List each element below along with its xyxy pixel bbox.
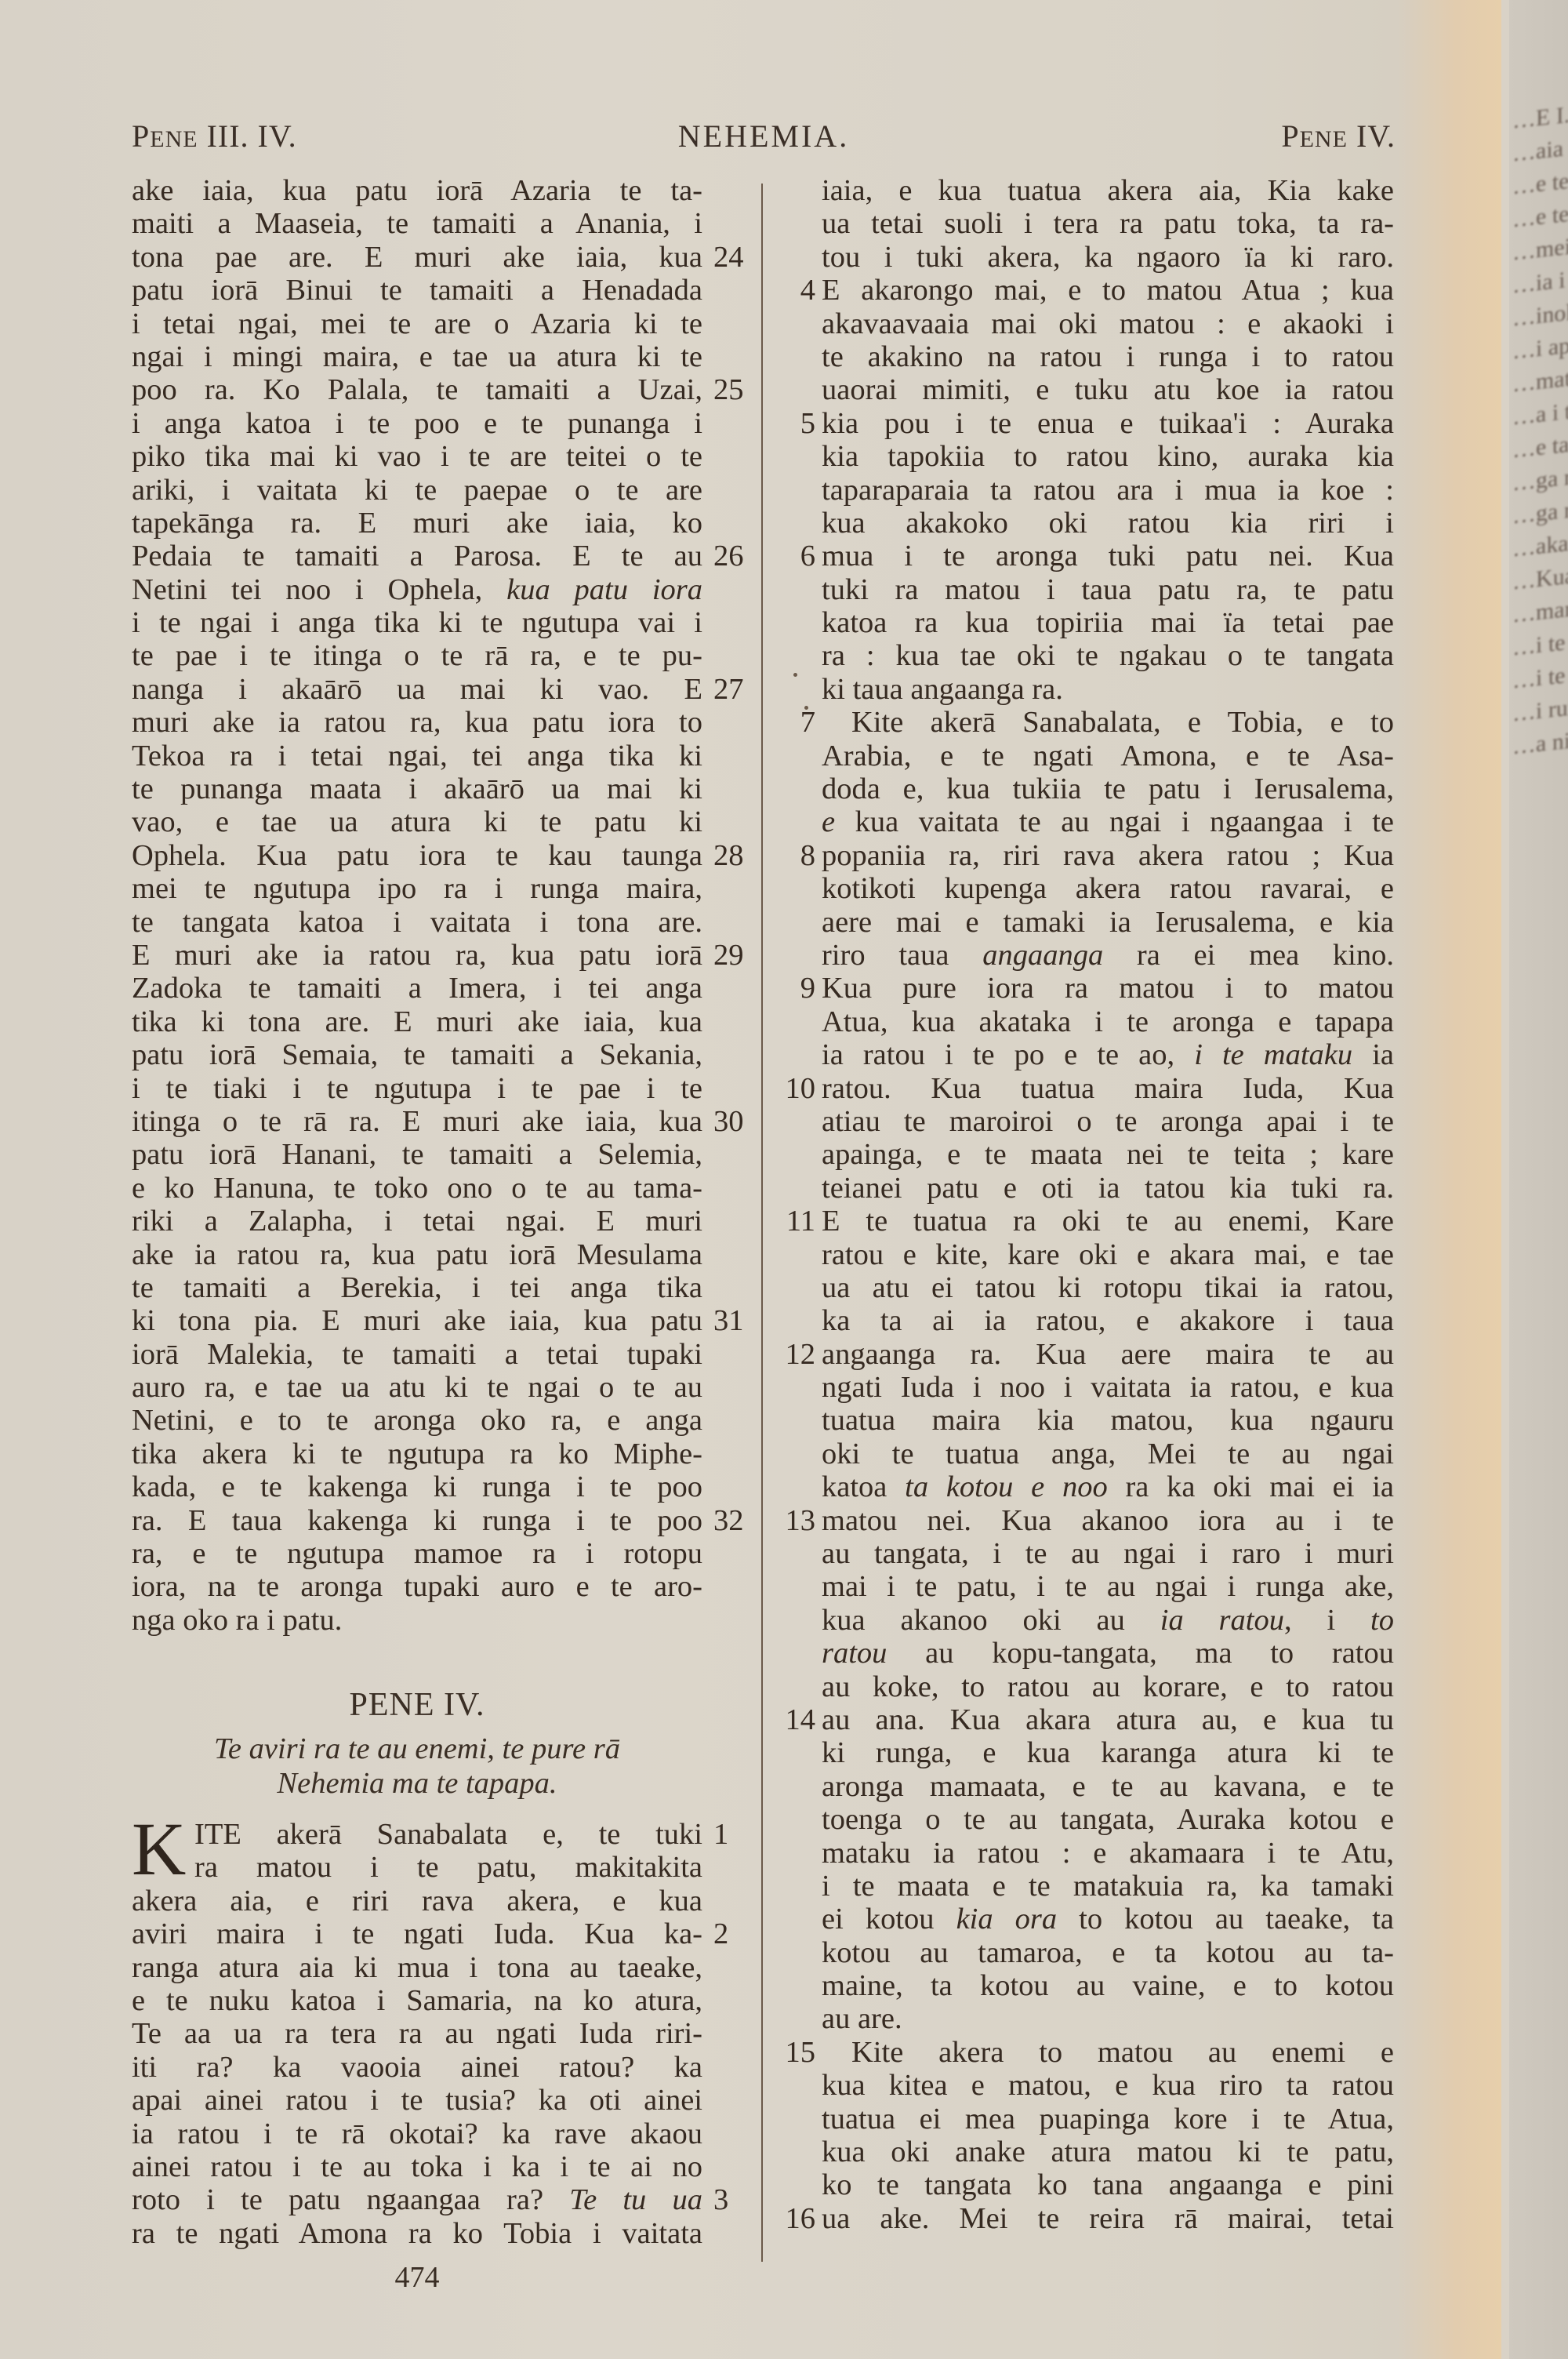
line-text: au are. <box>822 2002 1394 2035</box>
verse-number: 32 <box>713 1504 744 1537</box>
line-text: kua akakoko oki ratou kia riri i <box>822 507 1394 540</box>
line-text: riki a Zalapha, i tetai ngai. E muri <box>132 1205 702 1238</box>
text-line: ra, e te ngutupa mamoe ra i rotopu <box>132 1537 753 1570</box>
text-line: nanga i akaārō ua mai ki vao. E27 <box>132 673 753 706</box>
line-text: Netini tei noo i Ophela, kua patu iora <box>132 573 702 606</box>
text-line: ra matou i te patu, makitakita <box>132 1851 753 1884</box>
line-text: aronga mamaata, e te au kavana, e te <box>822 1770 1394 1803</box>
line-text: te tangata katoa i vaitata i tona are. <box>132 906 702 939</box>
text-line: iorā Malekia, te tamaiti a tetai tupaki <box>132 1338 753 1371</box>
text-line: iti ra? ka vaooia ainei ratou? ka <box>132 2051 753 2084</box>
line-text: ia ratou i te po e te ao, i te mataku ia <box>822 1038 1394 1071</box>
text-line: piko tika mai ki vao i te are teitei o t… <box>132 440 753 473</box>
line-text: ki tona pia. E muri ake iaia, kua patu <box>132 1304 702 1337</box>
text-line: mataku ia ratou : e akamaara i te Atu, <box>776 1837 1403 1870</box>
line-text: popaniia ra, riri rava akera ratou ; Kua <box>822 839 1394 872</box>
line-text: kotikoti kupenga akera ratou ravarai, e <box>822 872 1394 905</box>
text-line: 14au ana. Kua akara atura au, e kua tu <box>776 1703 1403 1736</box>
verse-number: 1 <box>713 1818 728 1851</box>
text-line: ariki, i vaitata ki te paepae o te are <box>132 474 753 507</box>
text-line: Ophela. Kua patu iora te kau taunga28 <box>132 839 753 872</box>
text-line: kua oki anake atura matou ki te patu, <box>776 2135 1403 2168</box>
text-line: vao, e tae ua atura ki te patu ki <box>132 805 753 838</box>
text-line: Netini tei noo i Ophela, kua patu iora <box>132 573 753 606</box>
chapter-iv-text: ITE akerā Sanabalata e, te tuki1ra matou… <box>132 1818 753 2250</box>
text-line: aronga mamaata, e te au kavana, e te <box>776 1770 1403 1803</box>
line-text: Zadoka te tamaiti a Imera, i tei anga <box>132 972 702 1005</box>
text-line: ITE akerā Sanabalata e, te tuki1 <box>132 1818 753 1851</box>
page-number: 474 <box>132 2260 702 2295</box>
text-line: Netini, e to te aronga oko ra, e anga <box>132 1404 753 1437</box>
text-line: e kua vaitata te au ngai i ngaangaa i te <box>776 805 1403 838</box>
verse-number: 31 <box>713 1304 744 1337</box>
text-line: apai ainei ratou i te tusia? ka oti aine… <box>132 2084 753 2117</box>
verse-number: 30 <box>713 1105 744 1138</box>
text-line: te akakino na ratou i runga i to ratou <box>776 340 1403 373</box>
line-text: ratou e kite, kare oki e akara mai, e ta… <box>822 1238 1394 1271</box>
text-line: ei kotou kia ora to kotou au taeake, ta <box>776 1903 1403 1936</box>
line-text: katoa ra kua topiriia mai ïa tetai pae <box>822 606 1394 639</box>
line-text: Kite akera to matou au enemi e <box>822 2036 1394 2069</box>
line-text: te akakino na ratou i runga i to ratou <box>822 340 1394 373</box>
text-line: i te ngai i anga tika ki te ngutupa vai … <box>132 606 753 639</box>
line-text: ranga atura aia ki mua i tona au taeake, <box>132 1951 702 1984</box>
text-line: te punanga maata i akaārō ua mai ki <box>132 772 753 805</box>
text-line: ratou e kite, kare oki e akara mai, e ta… <box>776 1238 1403 1271</box>
line-text: kada, e te kakenga ki runga i te poo <box>132 1470 702 1503</box>
line-text: ra te ngati Amona ra ko Tobia i vaitata <box>132 2217 702 2250</box>
line-text: ko te tangata ko tana angaanga e pini <box>822 2168 1394 2201</box>
line-text: ra, e te ngutupa mamoe ra i rotopu <box>132 1537 702 1570</box>
text-line: roto i te patu ngaangaa ra? Te tu ua3 <box>132 2183 753 2216</box>
text-line: 7Kite akerā Sanabalata, e Tobia, e to <box>776 706 1403 739</box>
verse-number: 8 <box>776 839 815 872</box>
line-text: ake iaia, kua patu iorā Azaria te ta- <box>132 174 702 207</box>
line-text: poo ra. Ko Palala, te tamaiti a Uzai, <box>132 373 702 406</box>
text-line: tuatua ei mea puapinga kore i te Atua, <box>776 2103 1403 2135</box>
line-text: i te tiaki i te ngutupa i te pae i te <box>132 1072 702 1105</box>
column-divider <box>761 184 763 2262</box>
line-text: riro taua angaanga ra ei mea kino. <box>822 939 1394 972</box>
text-line: 16ua ake. Mei te reira rā mairai, tetai <box>776 2202 1403 2235</box>
text-line: ra te ngati Amona ra ko Tobia i vaitata <box>132 2217 753 2250</box>
line-text: ra matou i te patu, makitakita <box>194 1851 702 1884</box>
line-text: teianei patu e oti ia tatou kia tuki ra. <box>822 1172 1394 1205</box>
line-text: taparaparaia ta ratou ara i mua ia koe : <box>822 474 1394 507</box>
line-text: kua kitea e matou, e kua riro ta ratou <box>822 2069 1394 2102</box>
text-line: ka ta ai ia ratou, e akakore i taua <box>776 1304 1403 1337</box>
line-text: mataku ia ratou : e akamaara i te Atu, <box>822 1837 1394 1870</box>
text-line: kotou au tamaroa, e ta kotou au ta- <box>776 1936 1403 1969</box>
verse-number: 28 <box>713 839 744 872</box>
text-line: patu iorā Semaia, te tamaiti a Sekania, <box>132 1038 753 1071</box>
line-text: Arabia, e te ngati Amona, e te Asa- <box>822 740 1394 772</box>
text-line: taparaparaia ta ratou ara i mua ia koe : <box>776 474 1403 507</box>
line-text: roto i te patu ngaangaa ra? Te tu ua <box>132 2183 702 2216</box>
line-text: ratou. Kua tuatua maira Iuda, Kua <box>822 1072 1394 1105</box>
line-text: ua ake. Mei te reira rā mairai, tetai <box>822 2202 1394 2235</box>
text-line: aere mai e tamaki ia Ierusalema, e kia <box>776 906 1403 939</box>
line-text: oki te tuatua anga, Mei te au ngai <box>822 1438 1394 1470</box>
verse-number: 5 <box>776 407 815 440</box>
line-text: Ophela. Kua patu iora te kau taunga <box>132 839 702 872</box>
line-text: iaia, e kua tuatua akera aia, Kia kake <box>822 174 1394 207</box>
text-line: patu iorā Binui te tamaiti a Henadada <box>132 274 753 307</box>
line-text: tika akera ki te ngutupa ra ko Miphe- <box>132 1438 702 1470</box>
line-text: i te ngai i anga tika ki te ngutupa vai … <box>132 606 702 639</box>
text-line: teianei patu e oti ia tatou kia tuki ra. <box>776 1172 1403 1205</box>
text-line: ia ratou i te po e te ao, i te mataku ia <box>776 1038 1403 1071</box>
line-text: toenga o te au tangata, Auraka kotou e <box>822 1803 1394 1836</box>
line-text: itinga o te rā ra. E muri ake iaia, kua <box>132 1105 702 1138</box>
verse-number: 9 <box>776 972 815 1005</box>
line-text: nanga i akaārō ua mai ki vao. E <box>132 673 702 706</box>
line-text: E muri ake ia ratou ra, kua patu iorā <box>132 939 702 972</box>
left-column: ake iaia, kua patu iorā Azaria te ta-mai… <box>132 174 753 1637</box>
text-line: katoa ra kua topiriia mai ïa tetai pae <box>776 606 1403 639</box>
verse-number: 2 <box>713 1917 728 1950</box>
line-text: e kua vaitata te au ngai i ngaangaa i te <box>822 805 1394 838</box>
line-text: atiau te maroiroi o te aronga apai i te <box>822 1105 1394 1138</box>
line-text: Pedaia te tamaiti a Parosa. E te au <box>132 540 702 572</box>
line-text: ka ta ai ia ratou, e akakore i taua <box>822 1304 1394 1337</box>
text-line: mei te ngutupa ipo ra i runga maira, <box>132 872 753 905</box>
line-text: Netini, e to te aronga oko ra, e anga <box>132 1404 702 1437</box>
line-text: ra. E taua kakenga ki runga i te poo <box>132 1504 702 1537</box>
text-line: tuatua maira kia matou, kua ngauru <box>776 1404 1403 1437</box>
line-text: akavaavaaia mai oki matou : e akaoki i <box>822 307 1394 340</box>
text-line: akavaavaaia mai oki matou : e akaoki i <box>776 307 1403 340</box>
text-line: e ko Hanuna, te toko ono o te au tama- <box>132 1172 753 1205</box>
line-text: vao, e tae ua atura ki te patu ki <box>132 805 702 838</box>
text-line: 13matou nei. Kua akanoo iora au i te <box>776 1504 1403 1537</box>
verse-number: 25 <box>713 373 744 406</box>
running-head-right: PENE IV. <box>1281 118 1396 154</box>
book-title: NEHEMIA. <box>132 118 1396 154</box>
text-line: au koke, to ratou au korare, e to ratou <box>776 1670 1403 1703</box>
next-page-edge: …E I.…aia ra i te…e tetai pae…e te au pa… <box>1509 0 1568 2359</box>
text-line: ngati Iuda i noo i vaitata ia ratou, e k… <box>776 1371 1403 1404</box>
line-text: kia tapokiia to ratou kino, auraka kia <box>822 440 1394 473</box>
text-line: iora, na te aronga tupaki auro e te aro- <box>132 1570 753 1603</box>
text-line: 10ratou. Kua tuatua maira Iuda, Kua <box>776 1072 1403 1105</box>
text-line: Arabia, e te ngati Amona, e te Asa- <box>776 740 1403 772</box>
text-line: toenga o te au tangata, Auraka kotou e <box>776 1803 1403 1836</box>
line-text: ei kotou kia ora to kotou au taeake, ta <box>822 1903 1394 1936</box>
verse-number: 10 <box>776 1072 815 1105</box>
text-line: E muri ake ia ratou ra, kua patu iorā29 <box>132 939 753 972</box>
line-text: i tetai ngai, mei te are o Azaria ki te <box>132 307 702 340</box>
text-line: 9Kua pure iora ra matou i to matou <box>776 972 1403 1005</box>
text-line: 5kia pou i te enua e tuikaa'i : Auraka <box>776 407 1403 440</box>
line-text: ki runga, e kua karanga atura ki te <box>822 1736 1394 1769</box>
next-page-ghost-text: …E I.…aia ra i te…e tetai pae…e te au pa… <box>1509 0 1568 764</box>
line-text: e te nuku katoa i Samaria, na ko atura, <box>132 1984 702 2017</box>
text-line: i tetai ngai, mei te are o Azaria ki te <box>132 307 753 340</box>
verse-number: 26 <box>713 540 744 572</box>
text-line: Te aa ua ra tera ra au ngati Iuda riri- <box>132 2017 753 2050</box>
line-text: Te aa ua ra tera ra au ngati Iuda riri- <box>132 2017 702 2050</box>
text-line: atiau te maroiroi o te aronga apai i te <box>776 1105 1403 1138</box>
text-line: kua akanoo oki au ia ratou, i to <box>776 1604 1403 1637</box>
line-text: maine, ta kotou au vaine, e to kotou <box>822 1969 1394 2002</box>
line-text: tapekānga ra. E muri ake iaia, ko <box>132 507 702 540</box>
line-text: ngai i mingi maira, e tae ua atura ki te <box>132 340 702 373</box>
text-line: i te maata e te matakuia ra, ka tamaki <box>776 1870 1403 1903</box>
line-text: e ko Hanuna, te toko ono o te au tama- <box>132 1172 702 1205</box>
line-text: apainga, e te maata nei te teita ; kare <box>822 1138 1394 1171</box>
line-text: i anga katoa i te poo e te punanga i <box>132 407 702 440</box>
line-text: Tekoa ra i tetai ngai, tei anga tika ki <box>132 740 702 772</box>
line-text: aviri maira i te ngati Iuda. Kua ka- <box>132 1917 702 1950</box>
verse-number: 16 <box>776 2202 815 2235</box>
verse-number: 15 <box>776 2036 815 2069</box>
text-line: e te nuku katoa i Samaria, na ko atura, <box>132 1984 753 2017</box>
text-line: 11E te tuatua ra oki te au enemi, Kare <box>776 1205 1403 1238</box>
line-text: uaorai mimiti, e tuku atu koe ia ratou <box>822 373 1394 406</box>
text-line: mai i te patu, i te au ngai i runga ake, <box>776 1570 1403 1603</box>
verse-number: 7 <box>776 706 815 739</box>
verse-number: 6 <box>776 540 815 572</box>
line-text: tou i tuki akera, ka ngaoro ïa ki raro. <box>822 241 1394 274</box>
text-line: ra. E taua kakenga ki runga i te poo32 <box>132 1504 753 1537</box>
text-line: ake iaia, kua patu iorā Azaria te ta- <box>132 174 753 207</box>
text-line: auro ra, e tae ua atu ki te ngai o te au <box>132 1371 753 1404</box>
line-text: ITE akerā Sanabalata e, te tuki <box>194 1818 702 1851</box>
text-line: Tekoa ra i tetai ngai, tei anga tika ki <box>132 740 753 772</box>
line-text: iti ra? ka vaooia ainei ratou? ka <box>132 2051 702 2084</box>
text-line: te tamaiti a Berekia, i tei anga tika <box>132 1271 753 1304</box>
line-text: E akarongo mai, e to matou Atua ; kua <box>822 274 1394 307</box>
line-text: kua oki anake atura matou ki te patu, <box>822 2135 1394 2168</box>
text-line: ki runga, e kua karanga atura ki te <box>776 1736 1403 1769</box>
text-line: tapekānga ra. E muri ake iaia, ko <box>132 507 753 540</box>
line-text: kua akanoo oki au ia ratou, i to <box>822 1604 1394 1637</box>
text-line: 8popaniia ra, riri rava akera ratou ; Ku… <box>776 839 1403 872</box>
line-text: au tangata, i te au ngai i raro i muri <box>822 1537 1394 1570</box>
verse-number: 3 <box>713 2183 728 2216</box>
text-line: 12angaanga ra. Kua aere maira te au <box>776 1338 1403 1371</box>
text-line: tou i tuki akera, ka ngaoro ïa ki raro. <box>776 241 1403 274</box>
text-line: poo ra. Ko Palala, te tamaiti a Uzai,25 <box>132 373 753 406</box>
line-text: ratou au kopu-tangata, ma to ratou <box>822 1637 1394 1670</box>
text-line: Atua, kua akataka i te aronga e tapapa <box>776 1005 1403 1038</box>
line-text: te tamaiti a Berekia, i tei anga tika <box>132 1271 702 1304</box>
line-text: angaanga ra. Kua aere maira te au <box>822 1338 1394 1371</box>
line-text: E te tuatua ra oki te au enemi, Kare <box>822 1205 1394 1238</box>
text-line: au tangata, i te au ngai i raro i muri <box>776 1537 1403 1570</box>
line-text: mua i te aronga tuki patu nei. Kua <box>822 540 1394 572</box>
right-column: iaia, e kua tuatua akera aia, Kia kakeua… <box>776 174 1403 2235</box>
text-line: tika ki tona are. E muri ake iaia, kua <box>132 1005 753 1038</box>
text-line: ratou au kopu-tangata, ma to ratou <box>776 1637 1403 1670</box>
text-line: i te tiaki i te ngutupa i te pae i te <box>132 1072 753 1105</box>
text-line: ko te tangata ko tana angaanga e pini <box>776 2168 1403 2201</box>
line-text: mai i te patu, i te au ngai i runga ake, <box>822 1570 1394 1603</box>
line-text: ua tetai suoli i tera ra patu toka, ta r… <box>822 207 1394 240</box>
chapter-heading: PENE IV. <box>132 1686 702 1724</box>
text-line: kotikoti kupenga akera ratou ravarai, e <box>776 872 1403 905</box>
text-line: patu iorā Hanani, te tamaiti a Selemia, <box>132 1138 753 1171</box>
text-line: tona pae are. E muri ake iaia, kua24 <box>132 241 753 274</box>
verse-number: 24 <box>713 241 744 274</box>
line-text: mei te ngutupa ipo ra i runga maira, <box>132 872 702 905</box>
verse-number: 14 <box>776 1703 815 1736</box>
text-line: ra : kua tae oki te ngakau o te tangata <box>776 639 1403 672</box>
text-line: ranga atura aia ki mua i tona au taeake, <box>132 1951 753 1984</box>
line-text: nga oko ra i patu. <box>132 1604 702 1637</box>
text-line: nga oko ra i patu. <box>132 1604 753 1637</box>
line-text: patu iorā Hanani, te tamaiti a Selemia, <box>132 1138 702 1171</box>
line-text: tuatua ei mea puapinga kore i te Atua, <box>822 2103 1394 2135</box>
line-text: doda e, kua tukiia te patu i Ierusalema, <box>822 772 1394 805</box>
verse-number: 11 <box>776 1205 815 1238</box>
text-line: itinga o te rā ra. E muri ake iaia, kua3… <box>132 1105 753 1138</box>
running-head: PENE III. IV. NEHEMIA. PENE IV. <box>132 118 1396 165</box>
verse-number: 4 <box>776 274 815 307</box>
text-line: kua akakoko oki ratou kia riri i <box>776 507 1403 540</box>
text-line: tika akera ki te ngutupa ra ko Miphe- <box>132 1438 753 1470</box>
line-text: ainei ratou i te au toka i ka i te ai no <box>132 2150 702 2183</box>
text-line: ake ia ratou ra, kua patu iorā Mesulama <box>132 1238 753 1271</box>
line-text: aere mai e tamaki ia Ierusalema, e kia <box>822 906 1394 939</box>
line-text: ake ia ratou ra, kua patu iorā Mesulama <box>132 1238 702 1271</box>
text-line: tuki ra matou i taua patu ra, te patu <box>776 573 1403 606</box>
text-line: te pae i te itinga o te rā ra, e te pu- <box>132 639 753 672</box>
verse-number: 13 <box>776 1504 815 1537</box>
text-line: iaia, e kua tuatua akera aia, Kia kake <box>776 174 1403 207</box>
text-line: 6mua i te aronga tuki patu nei. Kua <box>776 540 1403 572</box>
text-line: uaorai mimiti, e tuku atu koe ia ratou <box>776 373 1403 406</box>
verse-number: 12 <box>776 1338 815 1371</box>
line-text: Kite akerā Sanabalata, e Tobia, e to <box>822 706 1394 739</box>
line-text: tika ki tona are. E muri ake iaia, kua <box>132 1005 702 1038</box>
line-text: iora, na te aronga tupaki auro e te aro- <box>132 1570 702 1603</box>
line-text: ia ratou i te rā okotai? ka rave akaou <box>132 2117 702 2150</box>
line-text: ngati Iuda i noo i vaitata ia ratou, e k… <box>822 1371 1394 1404</box>
text-line: ki tona pia. E muri ake iaia, kua patu31 <box>132 1304 753 1337</box>
line-text: ki taua angaanga ra. <box>822 673 1394 706</box>
ghost-line: …a ni tetai e <box>1512 725 1568 763</box>
line-text: apai ainei ratou i te tusia? ka oti aine… <box>132 2084 702 2117</box>
text-line: ua atu ei tatou ki rotopu tikai ia ratou… <box>776 1271 1403 1304</box>
line-text: kotou au tamaroa, e ta kotou au ta- <box>822 1936 1394 1969</box>
line-text: ariki, i vaitata ki te paepae o te are <box>132 474 702 507</box>
text-line: riki a Zalapha, i tetai ngai. E muri <box>132 1205 753 1238</box>
text-line: ngai i mingi maira, e tae ua atura ki te <box>132 340 753 373</box>
text-line: ia ratou i te rā okotai? ka rave akaou <box>132 2117 753 2150</box>
line-text: piko tika mai ki vao i te are teitei o t… <box>132 440 702 473</box>
book-page: PENE III. IV. NEHEMIA. PENE IV. ake iaia… <box>0 0 1501 2359</box>
line-text: au koke, to ratou au korare, e to ratou <box>822 1670 1394 1703</box>
line-text: Atua, kua akataka i te aronga e tapapa <box>822 1005 1394 1038</box>
text-line: oki te tuatua anga, Mei te au ngai <box>776 1438 1403 1470</box>
line-text: ra : kua tae oki te ngakau o te tangata <box>822 639 1394 672</box>
line-text: te punanga maata i akaārō ua mai ki <box>132 772 702 805</box>
line-text: muri ake ia ratou ra, kua patu iora to <box>132 706 702 739</box>
margin-mark <box>804 706 808 710</box>
text-line: au are. <box>776 2002 1403 2035</box>
text-line: muri ake ia ratou ra, kua patu iora to <box>132 706 753 739</box>
text-line: kua kitea e matou, e kua riro ta ratou <box>776 2069 1403 2102</box>
line-text: tuatua maira kia matou, kua ngauru <box>822 1404 1394 1437</box>
text-line: ua tetai suoli i tera ra patu toka, ta r… <box>776 207 1403 240</box>
text-line: aviri maira i te ngati Iuda. Kua ka-2 <box>132 1917 753 1950</box>
line-text: kia pou i te enua e tuikaa'i : Auraka <box>822 407 1394 440</box>
chapter-summary: Te aviri ra te au enemi, te pure rā Nehe… <box>132 1732 702 1801</box>
line-text: tona pae are. E muri ake iaia, kua <box>132 241 702 274</box>
text-line: i anga katoa i te poo e te punanga i <box>132 407 753 440</box>
text-line: maine, ta kotou au vaine, e to kotou <box>776 1969 1403 2002</box>
line-text: au ana. Kua akara atura au, e kua tu <box>822 1703 1394 1736</box>
line-text: maiti a Maaseia, te tamaiti a Anania, i <box>132 207 702 240</box>
line-text: ua atu ei tatou ki rotopu tikai ia ratou… <box>822 1271 1394 1304</box>
margin-mark <box>793 673 797 677</box>
line-text: tuki ra matou i taua patu ra, te patu <box>822 573 1394 606</box>
line-text: patu iorā Binui te tamaiti a Henadada <box>132 274 702 307</box>
line-text: Kua pure iora ra matou i to matou <box>822 972 1394 1005</box>
text-line: ainei ratou i te au toka i ka i te ai no <box>132 2150 753 2183</box>
text-line: apainga, e te maata nei te teita ; kare <box>776 1138 1403 1171</box>
text-line: katoa ta kotou e noo ra ka oki mai ei ia <box>776 1470 1403 1503</box>
text-line: riro taua angaanga ra ei mea kino. <box>776 939 1403 972</box>
line-text: iorā Malekia, te tamaiti a tetai tupaki <box>132 1338 702 1371</box>
text-line: ki taua angaanga ra. <box>776 673 1403 706</box>
text-line: kia tapokiia to ratou kino, auraka kia <box>776 440 1403 473</box>
text-line: Zadoka te tamaiti a Imera, i tei anga <box>132 972 753 1005</box>
text-line: doda e, kua tukiia te patu i Ierusalema, <box>776 772 1403 805</box>
line-text: katoa ta kotou e noo ra ka oki mai ei ia <box>822 1470 1394 1503</box>
text-line: maiti a Maaseia, te tamaiti a Anania, i <box>132 207 753 240</box>
line-text: te pae i te itinga o te rā ra, e te pu- <box>132 639 702 672</box>
text-line: akera aia, e riri rava akera, e kua <box>132 1885 753 1917</box>
verse-number: 29 <box>713 939 744 972</box>
line-text: matou nei. Kua akanoo iora au i te <box>822 1504 1394 1537</box>
line-text: akera aia, e riri rava akera, e kua <box>132 1885 702 1917</box>
text-line: Pedaia te tamaiti a Parosa. E te au26 <box>132 540 753 572</box>
text-line: kada, e te kakenga ki runga i te poo <box>132 1470 753 1503</box>
line-text: patu iorā Semaia, te tamaiti a Sekania, <box>132 1038 702 1071</box>
text-line: te tangata katoa i vaitata i tona are. <box>132 906 753 939</box>
line-text: auro ra, e tae ua atu ki te ngai o te au <box>132 1371 702 1404</box>
text-line: 15Kite akera to matou au enemi e <box>776 2036 1403 2069</box>
verse-number: 27 <box>713 673 744 706</box>
line-text: i te maata e te matakuia ra, ka tamaki <box>822 1870 1394 1903</box>
text-line: 4E akarongo mai, e to matou Atua ; kua <box>776 274 1403 307</box>
